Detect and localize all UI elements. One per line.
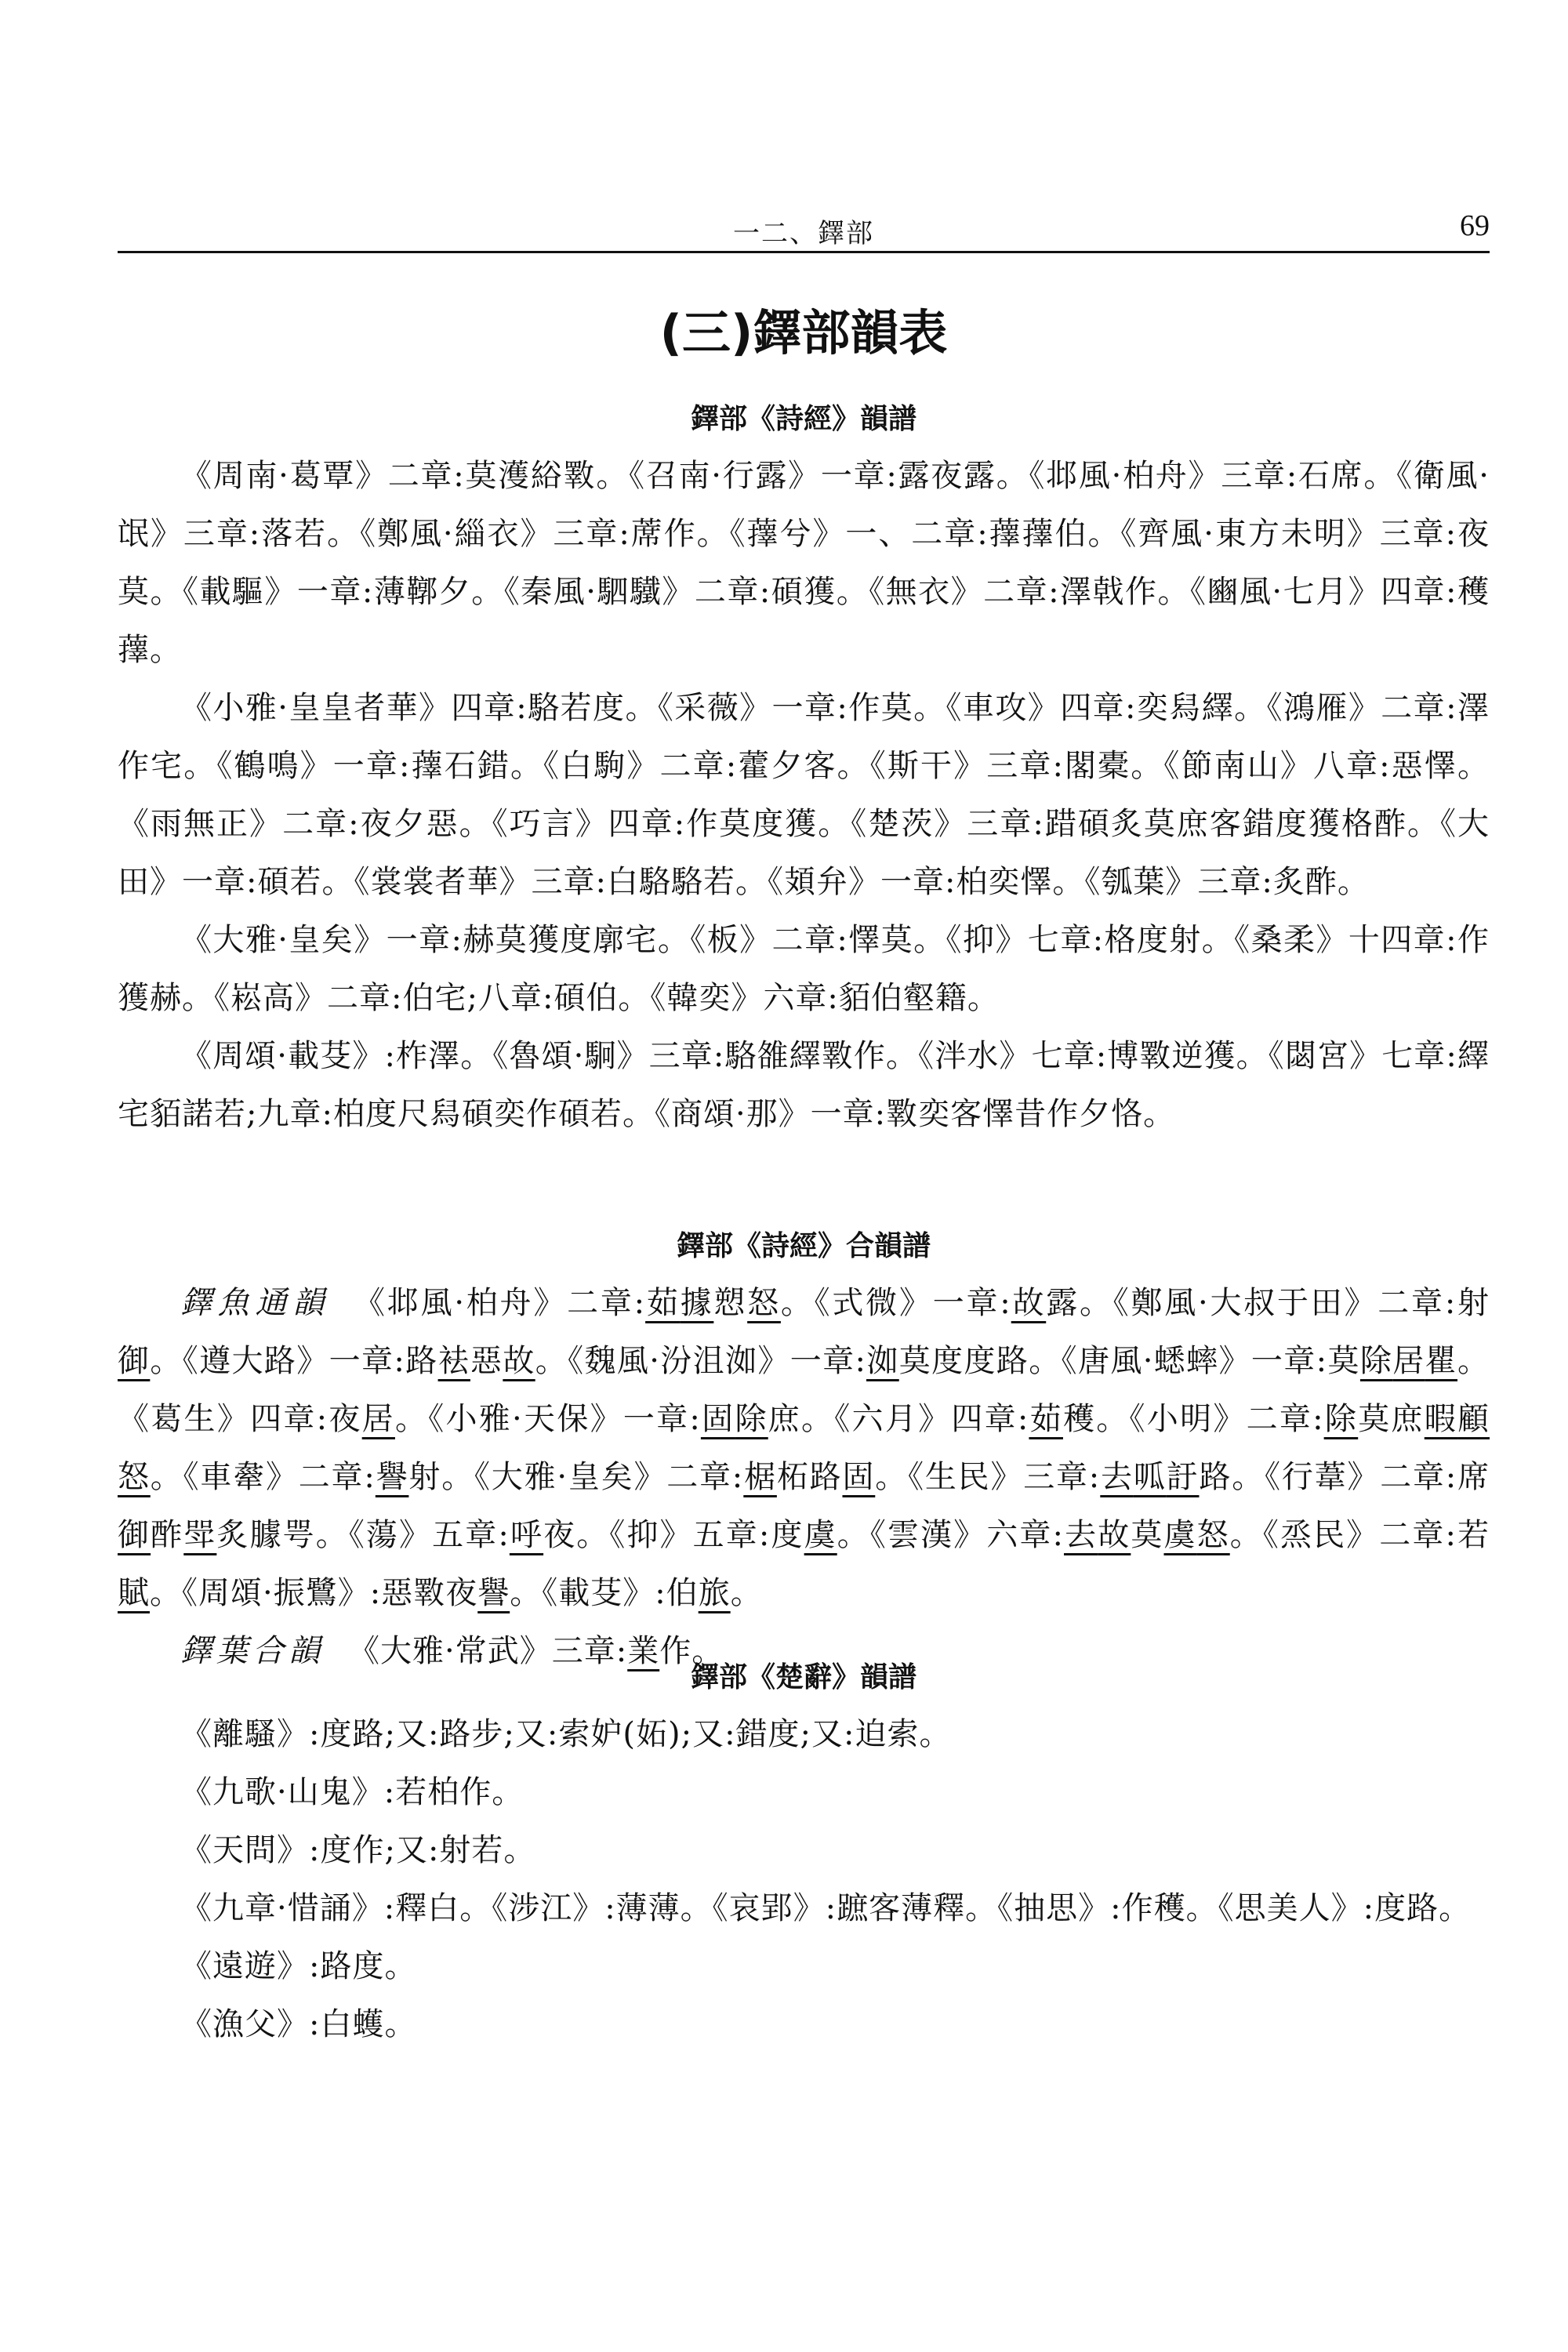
- section-combined-rhymes: 鐸部《詩經》合韻譜 鐸魚通韻《邶風·柏舟》二章:茹據愬怒。《式微》一章:故露。《…: [118, 1219, 1490, 1680]
- paragraph-yufu: 《漁父》:白蠖。: [118, 1995, 1490, 2053]
- underlined-rhyme-char: 賦: [118, 1575, 150, 1611]
- text-segment: 莫度度路。《唐風·蟋蟀》一章:莫: [899, 1343, 1360, 1379]
- underlined-rhyme-char: 怒: [747, 1285, 781, 1321]
- section-chuci-rhymes: 鐸部《楚辭》韻譜 《離騷》:度路;又:路步;又:索妒(妬);又:錯度;又:迫索。…: [118, 1650, 1490, 2053]
- paragraph-song: 《周頌·載芟》:柞澤。《魯頌·駉》三章:駱雒繹斁作。《泮水》七章:博斁逆獲。《閟…: [118, 1027, 1490, 1143]
- underlined-rhyme-char: 洳: [866, 1343, 899, 1379]
- text-segment: 愬: [713, 1285, 747, 1321]
- underlined-rhyme-char: 故: [503, 1343, 535, 1379]
- underlined-rhyme-char: 茹: [645, 1285, 681, 1321]
- text-segment: 柘路: [777, 1459, 843, 1495]
- paragraph-daya: 《大雅·皇矣》一章:赫莫獲度廓宅。《板》二章:懌莫。《抑》七章:格度射。《桑柔》…: [118, 911, 1490, 1027]
- underlined-rhyme-char: 瞿: [1425, 1343, 1457, 1379]
- paragraph-lisao: 《離騷》:度路;又:路步;又:索妒(妬);又:錯度;又:迫索。: [118, 1705, 1490, 1763]
- underlined-rhyme-char: 除: [1324, 1401, 1359, 1437]
- text-segment: 。《小雅·天保》一章:: [395, 1401, 701, 1437]
- text-segment: 酢: [151, 1517, 183, 1553]
- text-segment: 夜。《抑》五章:度: [543, 1517, 804, 1553]
- paragraph-guofeng: 《周南·葛覃》二章:莫濩綌斁。《召南·行露》一章:露夜露。《邶風·柏舟》三章:石…: [118, 447, 1490, 679]
- underlined-rhyme-char: 據: [681, 1285, 714, 1321]
- section-heading: 鐸部《詩經》合韻譜: [118, 1219, 1490, 1274]
- paragraph-xiaoya: 《小雅·皇皇者華》四章:駱若度。《采薇》一章:作莫。《車攻》四章:奕舄繹。《鴻雁…: [118, 679, 1490, 911]
- text-segment: 惡: [470, 1343, 503, 1379]
- text-segment: 。《魏風·汾沮洳》一章:: [535, 1343, 866, 1379]
- rhyme-type-label: 鐸魚通韻: [180, 1285, 330, 1321]
- text-segment: 莫: [1131, 1517, 1163, 1553]
- text-segment: 露。《鄭風·大叔于田》二章:射: [1046, 1285, 1490, 1321]
- underlined-rhyme-char: 御: [118, 1517, 151, 1553]
- paragraph-jiuzhang: 《九章·惜誦》:釋白。《涉江》:薄薄。《哀郢》:蹠客薄釋。《抽思》:作穫。《思美…: [118, 1879, 1490, 1937]
- underlined-rhyme-char: 茹: [1029, 1401, 1063, 1437]
- text-segment: 。《式微》一章:: [781, 1285, 1011, 1321]
- underlined-rhyme-char: 呼: [510, 1517, 543, 1553]
- underlined-rhyme-char: 譽: [477, 1575, 510, 1611]
- text-segment: 。《雲漢》六章:: [837, 1517, 1064, 1553]
- text-segment: 穫。《小明》二章:: [1063, 1401, 1324, 1437]
- underlined-rhyme-char: 旅: [699, 1575, 731, 1611]
- paragraph-tianwen: 《天問》:度作;又:射若。: [118, 1821, 1490, 1879]
- header-rule: [118, 251, 1490, 253]
- text-segment: 炙臄咢。《蕩》五章:: [216, 1517, 510, 1553]
- underlined-rhyme-char: 固: [701, 1401, 735, 1437]
- underlined-rhyme-char: 除: [735, 1401, 768, 1437]
- section-heading: 鐸部《詩經》韻譜: [118, 392, 1490, 447]
- text-segment: 射。《大雅·皇矣》二章:: [408, 1459, 743, 1495]
- underlined-rhyme-char: 暇: [1425, 1401, 1457, 1437]
- underlined-rhyme-char: 居: [1392, 1343, 1425, 1379]
- paragraph-yuanyou: 《遠遊》:路度。: [118, 1937, 1490, 1995]
- underlined-rhyme-char: 虞: [1163, 1517, 1196, 1553]
- underlined-rhyme-char: 椐: [743, 1459, 777, 1495]
- underlined-rhyme-char: 訏: [1167, 1459, 1200, 1495]
- underlined-rhyme-char: 譽: [376, 1459, 409, 1495]
- underlined-rhyme-char: 呱: [1134, 1459, 1167, 1495]
- paragraph-duo-yu: 鐸魚通韻《邶風·柏舟》二章:茹據愬怒。《式微》一章:故露。《鄭風·大叔于田》二章…: [118, 1274, 1490, 1622]
- underlined-rhyme-char: 斝: [183, 1517, 216, 1553]
- underlined-rhyme-char: 怒: [1197, 1517, 1230, 1553]
- section-shijing-rhymes: 鐸部《詩經》韻譜 《周南·葛覃》二章:莫濩綌斁。《召南·行露》一章:露夜露。《邶…: [118, 392, 1490, 1143]
- underlined-rhyme-char: 故: [1011, 1285, 1047, 1321]
- text-segment: 。《載芟》:伯: [510, 1575, 698, 1611]
- text-segment: 莫庶: [1358, 1401, 1425, 1437]
- section-heading: 鐸部《楚辭》韻譜: [118, 1650, 1490, 1705]
- underlined-rhyme-char: 虞: [804, 1517, 837, 1553]
- paragraph-jiuge: 《九歌·山鬼》:若柏作。: [118, 1763, 1490, 1821]
- text-segment: 路。《行葦》二章:席: [1199, 1459, 1490, 1495]
- underlined-rhyme-char: 顧: [1457, 1401, 1490, 1437]
- underlined-rhyme-char: 怒: [118, 1459, 151, 1495]
- text-segment: 。《遵大路》一章:路: [150, 1343, 437, 1379]
- chapter-title: 一二、鐸部: [118, 212, 1490, 250]
- text-segment: 。《生民》三章:: [875, 1459, 1100, 1495]
- page-number: 69: [1460, 209, 1490, 243]
- text-segment: 。《車舝》二章:: [151, 1459, 376, 1495]
- underlined-rhyme-char: 居: [362, 1401, 395, 1437]
- text-segment: 。《周頌·振鷺》:惡斁夜: [150, 1575, 477, 1611]
- underlined-rhyme-char: 去: [1100, 1459, 1134, 1495]
- underlined-rhyme-char: 固: [842, 1459, 875, 1495]
- underlined-rhyme-char: 御: [118, 1343, 150, 1379]
- section-title: (三)鐸部韻表: [118, 294, 1490, 364]
- text-segment: 。: [731, 1575, 763, 1611]
- underlined-rhyme-char: 故: [1098, 1517, 1131, 1553]
- underlined-rhyme-char: 袪: [438, 1343, 470, 1379]
- running-header: 一二、鐸部 69: [118, 205, 1490, 252]
- text-segment: 《邶風·柏舟》二章:: [354, 1285, 645, 1321]
- underlined-rhyme-char: 除: [1360, 1343, 1392, 1379]
- text-segment: 庶。《六月》四章:: [768, 1401, 1029, 1437]
- underlined-rhyme-char: 去: [1064, 1517, 1098, 1553]
- text-segment: 。《烝民》二章:若: [1230, 1517, 1490, 1553]
